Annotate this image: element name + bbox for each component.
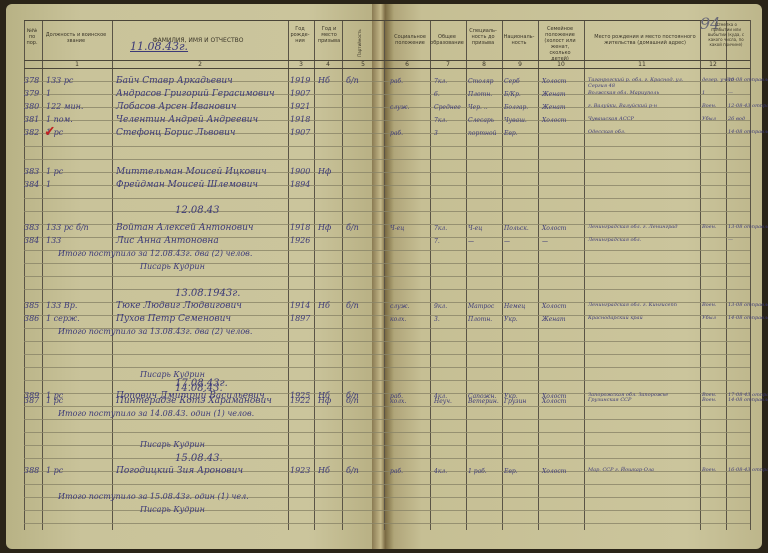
cell-birth-year: 1907	[290, 89, 310, 98]
cell-social: раб.	[390, 468, 403, 475]
row-rule	[24, 367, 750, 368]
cell-rank: 1 пом.	[46, 115, 73, 124]
cell-nationality: Евр.	[504, 130, 518, 137]
row-rule	[24, 341, 750, 342]
header-social: Социальное положение	[392, 34, 428, 46]
column-rule	[384, 20, 385, 530]
total-note: Итого поступило за 13.08.43г. два (2) че…	[58, 327, 252, 336]
row-rule	[24, 263, 750, 264]
cell-number: 386	[24, 314, 39, 323]
column-number: 11	[584, 61, 700, 68]
column-number: 2	[112, 61, 288, 68]
row-rule	[24, 484, 750, 485]
cell-party: б/п	[346, 301, 359, 310]
cell-nationality: Болгар.	[504, 104, 528, 111]
column-number: 4	[314, 61, 342, 68]
row-rule	[24, 458, 750, 459]
date-heading: 15.08.43.	[175, 453, 223, 464]
cell-conscription: Нб	[318, 301, 330, 310]
cell-specialty: Матрос	[468, 303, 494, 310]
header-birth-year: Год рожде-ния	[288, 26, 312, 44]
clerk-signature: Писарь Кудрин	[140, 505, 205, 514]
cell-rank: 1 рс	[46, 167, 63, 176]
header-party: Партийность	[357, 23, 363, 63]
cell-specialty: Плотн.	[468, 316, 492, 323]
clerk-signature: Писарь Кудрин	[140, 262, 205, 271]
cell-address: г. Валуйки, Валуйский р-н	[588, 103, 698, 109]
cell-education: 7кл.	[434, 117, 447, 124]
cell-number: 378	[24, 76, 39, 85]
header-arrival-mark: Отметка о прибытии или выбытии (куда, с …	[704, 22, 748, 47]
column-number: 5	[342, 61, 384, 68]
cell-education: Среднее	[434, 104, 461, 111]
cell-social: служ.	[390, 104, 409, 111]
cell-number: 380	[24, 102, 39, 111]
cell-education: 9кл.	[434, 303, 447, 310]
cell-address: Одесская обл.	[588, 129, 698, 135]
cell-address: Таганрогский р. обл. г. Краснод. ул. Сер…	[588, 77, 698, 89]
cell-mark: Воен.	[702, 224, 717, 230]
cell-name: Андрасов Григорий Герасимович	[116, 89, 275, 99]
cell-family: Холост	[542, 468, 566, 475]
cell-birth-year: 1897	[290, 314, 310, 323]
cell-family: —	[542, 238, 548, 245]
cell-family: Холост	[542, 303, 566, 310]
cell-name: Стефонц Борис Львович	[116, 128, 235, 138]
cell-family: Женат	[542, 104, 566, 111]
cell-specialty: Плотн.	[468, 91, 492, 98]
total-note: Итого поступило за 14.08.43. один (1) че…	[58, 409, 254, 418]
cell-name: Байч Ставр Аркадьевич	[116, 76, 233, 86]
cell-mark-date: —	[728, 237, 733, 243]
column-rule	[700, 20, 701, 530]
cell-number: 383	[24, 167, 39, 176]
row-rule	[24, 432, 750, 433]
cell-family: Женат	[542, 316, 566, 323]
cell-nationality: Б/Кр.	[504, 91, 521, 98]
cell-number: 381	[24, 115, 39, 124]
total-note: Итого поступило за 15.08.43г. один (1) ч…	[58, 492, 249, 501]
row-rule	[24, 354, 750, 355]
cell-nationality: Польск.	[504, 225, 529, 232]
row-rule	[24, 159, 750, 160]
cell-mark-date: 10-08 отправлен	[728, 77, 768, 83]
cell-name: Лобасов Арсен Иванович	[116, 102, 237, 112]
cell-address: Мар. ССР г. Йошкар-Ола	[588, 467, 698, 473]
cell-name: Погодицкий Зия Аронович	[116, 466, 243, 476]
cell-education: 6.	[434, 91, 440, 98]
cell-number: 379	[24, 89, 39, 98]
column-number: 8	[466, 61, 502, 68]
cell-family: Женат	[542, 91, 566, 98]
column-number: 7	[430, 61, 466, 68]
cell-mark-date: 13-08 отправлен	[728, 224, 768, 230]
cell-name: Пухов Петр Семенович	[116, 314, 231, 324]
cell-party: б/п	[346, 223, 359, 232]
cell-number: 384	[24, 180, 39, 189]
cell-social: Ч-ец	[390, 225, 404, 232]
cell-rank: 1	[46, 89, 51, 98]
header-no: №№ по пор.	[24, 28, 40, 46]
cell-rank: 1 рс	[46, 466, 63, 475]
cell-rank: 133 Вр.	[46, 301, 77, 310]
header-address: Место рождения и место постоянного жител…	[590, 34, 700, 46]
cell-social: служ.	[390, 303, 409, 310]
cell-mark: Воен.	[702, 103, 717, 109]
cell-nationality: Немец	[504, 303, 526, 310]
cell-mark-date: 17-08-43 отправлен	[728, 392, 768, 398]
cell-number: 382	[24, 128, 39, 137]
cell-address: Чувашская АССР	[588, 116, 698, 122]
cell-rank: 133	[46, 236, 61, 245]
row-rule	[24, 523, 750, 524]
date-heading: 12.08.43	[175, 205, 220, 216]
header-family: Семейное положение (холост или женат, ск…	[540, 26, 580, 62]
cell-education: 3.	[434, 316, 440, 323]
cell-birth-year: 1894	[290, 180, 310, 189]
cell-name: Фрейдман Моисей Шлемович	[116, 180, 258, 190]
cell-mark-date: 13-08 отправлен	[728, 302, 768, 308]
cell-name: Миттельман Моисей Ицкович	[116, 167, 267, 177]
cell-birth-year: 1925	[290, 391, 310, 400]
cell-social: раб.	[390, 130, 403, 137]
cell-conscription: Нф	[318, 223, 331, 232]
cell-party: б/п	[346, 76, 359, 85]
header-rule	[24, 20, 750, 21]
column-number: 1	[42, 61, 112, 68]
column-number: 9	[502, 61, 538, 68]
cell-address: Запорожская обл. Запорожье	[588, 392, 698, 398]
total-note: Итого поступило за 12.08.43г. два (2) че…	[58, 249, 252, 258]
cell-birth-year: 1923	[290, 466, 310, 475]
cell-mark: Убыл	[702, 116, 716, 122]
column-rule	[466, 20, 467, 530]
cell-birth-year: 1918	[290, 223, 310, 232]
cell-social: раб.	[390, 393, 403, 400]
cell-conscription: Нб	[318, 466, 330, 475]
cell-birth-year: 1914	[290, 301, 310, 310]
cell-conscription: Нф	[318, 167, 331, 176]
column-rule	[538, 20, 539, 530]
cell-rank: 1	[46, 180, 51, 189]
cell-party: б/п	[346, 391, 359, 400]
row-rule	[24, 380, 750, 381]
header-rule	[24, 68, 750, 69]
cell-education: 7.	[434, 238, 440, 245]
cell-specialty: портной	[468, 130, 496, 137]
cell-address: Волжская обл. Мариуполь	[588, 90, 698, 96]
column-rule	[726, 20, 727, 530]
cell-number: 388	[24, 466, 39, 475]
row-rule	[24, 211, 750, 212]
cell-name: Челентин Андрей Андреевич	[116, 115, 258, 125]
column-rule	[314, 20, 315, 530]
cell-mark-date: 12-08-43 отправлен	[728, 103, 768, 109]
cell-mark: Воен.	[702, 392, 717, 398]
cell-nationality: —	[504, 238, 510, 245]
cell-number: 383	[24, 223, 39, 232]
column-number: 6	[384, 61, 430, 68]
clerk-signature: Писарь Кудрин	[140, 440, 205, 449]
cell-specialty: Ч-ец	[468, 225, 482, 232]
column-rule	[502, 20, 503, 530]
cell-mark-date: 14-08 отправлен	[728, 315, 768, 321]
cell-nationality: Укр.	[504, 316, 518, 323]
cell-mark: 1	[702, 90, 705, 96]
cell-rank: 122 мин.	[46, 102, 83, 111]
header-specialty: Специаль-ность до призыва	[466, 28, 500, 46]
header-education: Общее образование	[430, 34, 464, 46]
row-rule	[24, 289, 750, 290]
column-rule	[288, 20, 289, 530]
cell-mark-date: 16-08-43 отправлен	[728, 467, 768, 473]
row-rule	[24, 198, 750, 199]
cell-number: 385	[24, 301, 39, 310]
cell-address: Краснодарский край	[588, 315, 698, 321]
row-rule	[24, 406, 750, 407]
cell-family: Холост	[542, 393, 566, 400]
row-rule	[24, 419, 750, 420]
cell-conscription: Нб	[318, 391, 330, 400]
cell-conscription: Нб	[318, 76, 330, 85]
column-rule	[112, 20, 113, 530]
cell-social: колх.	[390, 316, 406, 323]
cell-specialty: Чер. ..	[468, 104, 488, 111]
cell-name: Попович Дмитрий Васильевич	[116, 391, 265, 401]
cell-education: 7кл.	[434, 225, 447, 232]
cell-address: Ленинградская обл. г. Ленинград	[588, 224, 698, 230]
cell-mark-date: 26 вод	[728, 116, 745, 122]
cell-birth-year: 1926	[290, 236, 310, 245]
cell-birth-year: 1921	[290, 102, 310, 111]
cell-birth-year: 1918	[290, 115, 310, 124]
cell-specialty: —	[468, 238, 474, 245]
cell-birth-year: 1907	[290, 128, 310, 137]
cell-name: Войтан Алексей Антонович	[116, 223, 253, 233]
cell-mark: Убыл	[702, 315, 716, 321]
column-number: 12	[700, 61, 726, 68]
header-conscription: Год и место призыва	[316, 26, 342, 44]
cell-mark: Воен.	[702, 302, 717, 308]
cell-family: Холост	[542, 117, 566, 124]
column-rule	[342, 20, 343, 530]
cell-party: б/п	[346, 466, 359, 475]
cell-address: Ленинградская обл. г. Кингисепп	[588, 302, 698, 308]
date-heading: 11.08.43г.	[130, 40, 188, 53]
cell-birth-year: 1919	[290, 76, 310, 85]
row-rule	[24, 276, 750, 277]
red-check-mark: ✓	[44, 124, 56, 140]
column-rule	[42, 20, 43, 530]
row-rule	[24, 445, 750, 446]
row-rule	[24, 510, 750, 511]
cell-birth-year: 1900	[290, 167, 310, 176]
cell-education: 4кл.	[434, 468, 447, 475]
cell-education: 7кл.	[434, 78, 447, 85]
cell-family: Холост	[542, 225, 566, 232]
header-nationality: Националь-ность	[502, 34, 536, 46]
cell-education: 3	[434, 130, 438, 137]
column-rule	[584, 20, 585, 530]
cell-mark: Воен.	[702, 467, 717, 473]
cell-nationality: Чуваш.	[504, 117, 527, 124]
cell-education: 4кл.	[434, 393, 447, 400]
cell-nationality: Укр.	[504, 393, 518, 400]
date-heading: 13.08.1943г.	[175, 288, 241, 299]
column-rule	[750, 20, 751, 530]
cell-mark-date: —	[728, 90, 733, 96]
cell-rank: 133 рс б/п	[46, 223, 89, 232]
column-number: 10	[538, 61, 584, 68]
cell-specialty: 1 раб.	[468, 468, 487, 475]
cell-number: 389	[24, 391, 39, 400]
row-rule	[24, 146, 750, 147]
cell-specialty: Слесарь	[468, 117, 494, 124]
cell-address: Ленинградская обл.	[588, 237, 698, 243]
cell-rank: 133 рс	[46, 76, 73, 85]
cell-rank: 1 серж.	[46, 314, 80, 323]
cell-specialty: Сапожн.	[468, 393, 496, 400]
column-number: 3	[288, 61, 314, 68]
cell-name: Лис Анна Антоновна	[116, 236, 219, 246]
column-rule	[430, 20, 431, 530]
date-heading: 17.08.43г.	[175, 378, 228, 389]
cell-name: Тюке Людвиг Людвигович	[116, 301, 242, 311]
cell-nationality: Евр.	[504, 468, 518, 475]
cell-social: раб.	[390, 78, 403, 85]
cell-specialty: Столяр	[468, 78, 494, 85]
cell-family: Холост	[542, 78, 566, 85]
cell-nationality: Серб	[504, 78, 520, 85]
cell-number: 384	[24, 236, 39, 245]
cell-mark-date: 14-08 отправлен	[728, 129, 768, 135]
cell-rank: 1 рс	[46, 391, 63, 400]
header-rank: Должность и воинское звание	[44, 32, 108, 44]
